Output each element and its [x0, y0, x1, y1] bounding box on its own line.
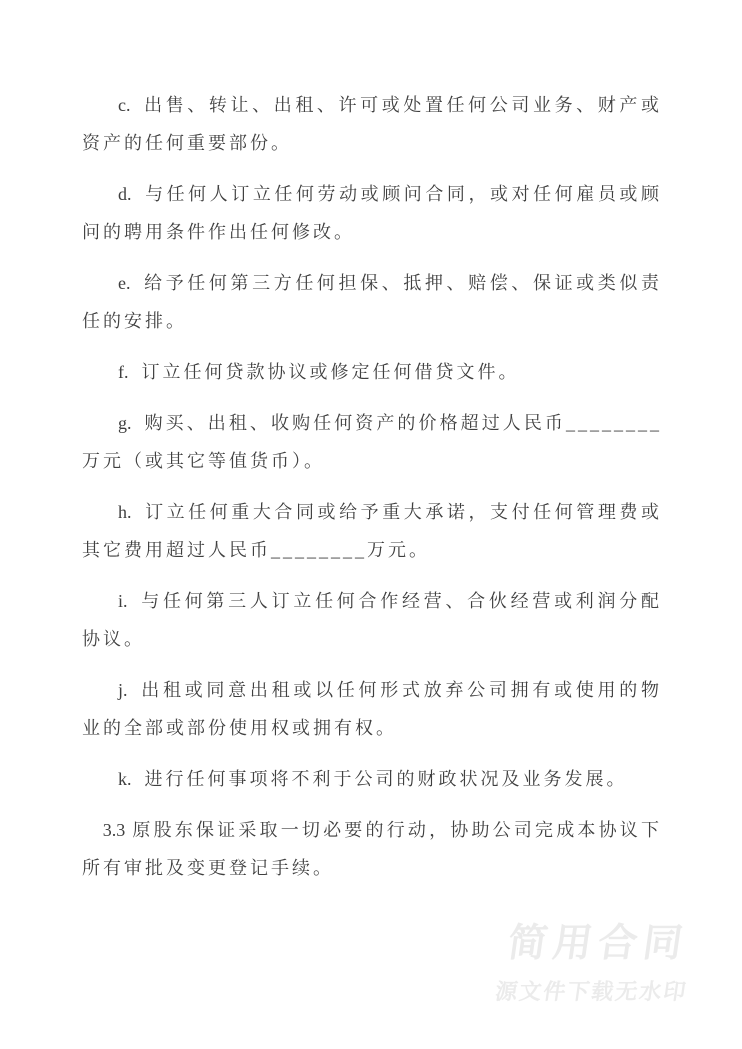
paragraph-label: k.	[118, 769, 132, 789]
paragraph-text: 订立任何重大合同或给予重大承诺，支付任何管理费或其它费用超过人民币_______…	[82, 502, 662, 560]
contract-paragraph: g.购买、出租、收购任何资产的价格超过人民币________万元（或其它等值货币…	[82, 404, 662, 480]
contract-paragraph: d.与任何人订立任何劳动或顾问合同，或对任何雇员或顾问的聘用条件作出任何修改。	[82, 175, 662, 251]
watermark: 简用合同 源文件下载无水印	[493, 912, 698, 1006]
paragraph-text: 订立任何贷款协议或修定任何借贷文件。	[142, 362, 520, 382]
paragraph-label: f.	[118, 362, 129, 382]
contract-paragraph: j.出租或同意出租或以任何形式放弃公司拥有或使用的物业的全部或部份使用权或拥有权…	[82, 671, 662, 747]
paragraph-text: 与任何人订立任何劳动或顾问合同，或对任何雇员或顾问的聘用条件作出任何修改。	[82, 184, 662, 242]
contract-paragraph: c.出售、转让、出租、许可或处置任何公司业务、财产或资产的任何重要部份。	[82, 86, 662, 162]
paragraph-text: 与任何第三人订立任何合作经营、合伙经营或利润分配协议。	[82, 591, 662, 649]
contract-paragraph: 3.3原股东保证采取一切必要的行动，协助公司完成本协议下所有审批及变更登记手续。	[82, 811, 662, 887]
paragraph-label: c.	[118, 95, 131, 115]
contract-paragraph: k.进行任何事项将不利于公司的财政状况及业务发展。	[82, 760, 662, 798]
paragraph-text: 出售、转让、出租、许可或处置任何公司业务、财产或资产的任何重要部份。	[82, 95, 662, 153]
paragraph-text: 原股东保证采取一切必要的行动，协助公司完成本协议下所有审批及变更登记手续。	[82, 820, 662, 878]
paragraph-label: 3.3	[103, 820, 126, 840]
paragraph-text: 进行任何事项将不利于公司的财政状况及业务发展。	[145, 769, 628, 789]
watermark-subtitle: 源文件下载无水印	[493, 975, 689, 1006]
contract-paragraph: h.订立任何重大合同或给予重大承诺，支付任何管理费或其它费用超过人民币_____…	[82, 493, 662, 569]
watermark-title: 简用合同	[499, 912, 699, 968]
paragraph-label: d.	[118, 184, 132, 204]
paragraph-text: 出租或同意出租或以任何形式放弃公司拥有或使用的物业的全部或部份使用权或拥有权。	[82, 680, 662, 738]
paragraph-label: h.	[118, 502, 132, 522]
contract-paragraph: i.与任何第三人订立任何合作经营、合伙经营或利润分配协议。	[82, 582, 662, 658]
contract-paragraph: f.订立任何贷款协议或修定任何借贷文件。	[82, 353, 662, 391]
paragraph-label: i.	[118, 591, 128, 611]
paragraph-text: 给予任何第三方任何担保、抵押、赔偿、保证或类似责任的安排。	[82, 273, 662, 331]
contract-page: c.出售、转让、出租、许可或处置任何公司业务、财产或资产的任何重要部份。 d.与…	[0, 0, 742, 1049]
paragraph-label: g.	[118, 413, 132, 433]
paragraph-label: j.	[118, 680, 128, 700]
paragraph-text: 购买、出租、收购任何资产的价格超过人民币________万元（或其它等值货币）。	[82, 413, 662, 471]
paragraph-label: e.	[118, 273, 131, 293]
contract-body: c.出售、转让、出租、许可或处置任何公司业务、财产或资产的任何重要部份。 d.与…	[0, 0, 742, 887]
contract-paragraph: e.给予任何第三方任何担保、抵押、赔偿、保证或类似责任的安排。	[82, 264, 662, 340]
